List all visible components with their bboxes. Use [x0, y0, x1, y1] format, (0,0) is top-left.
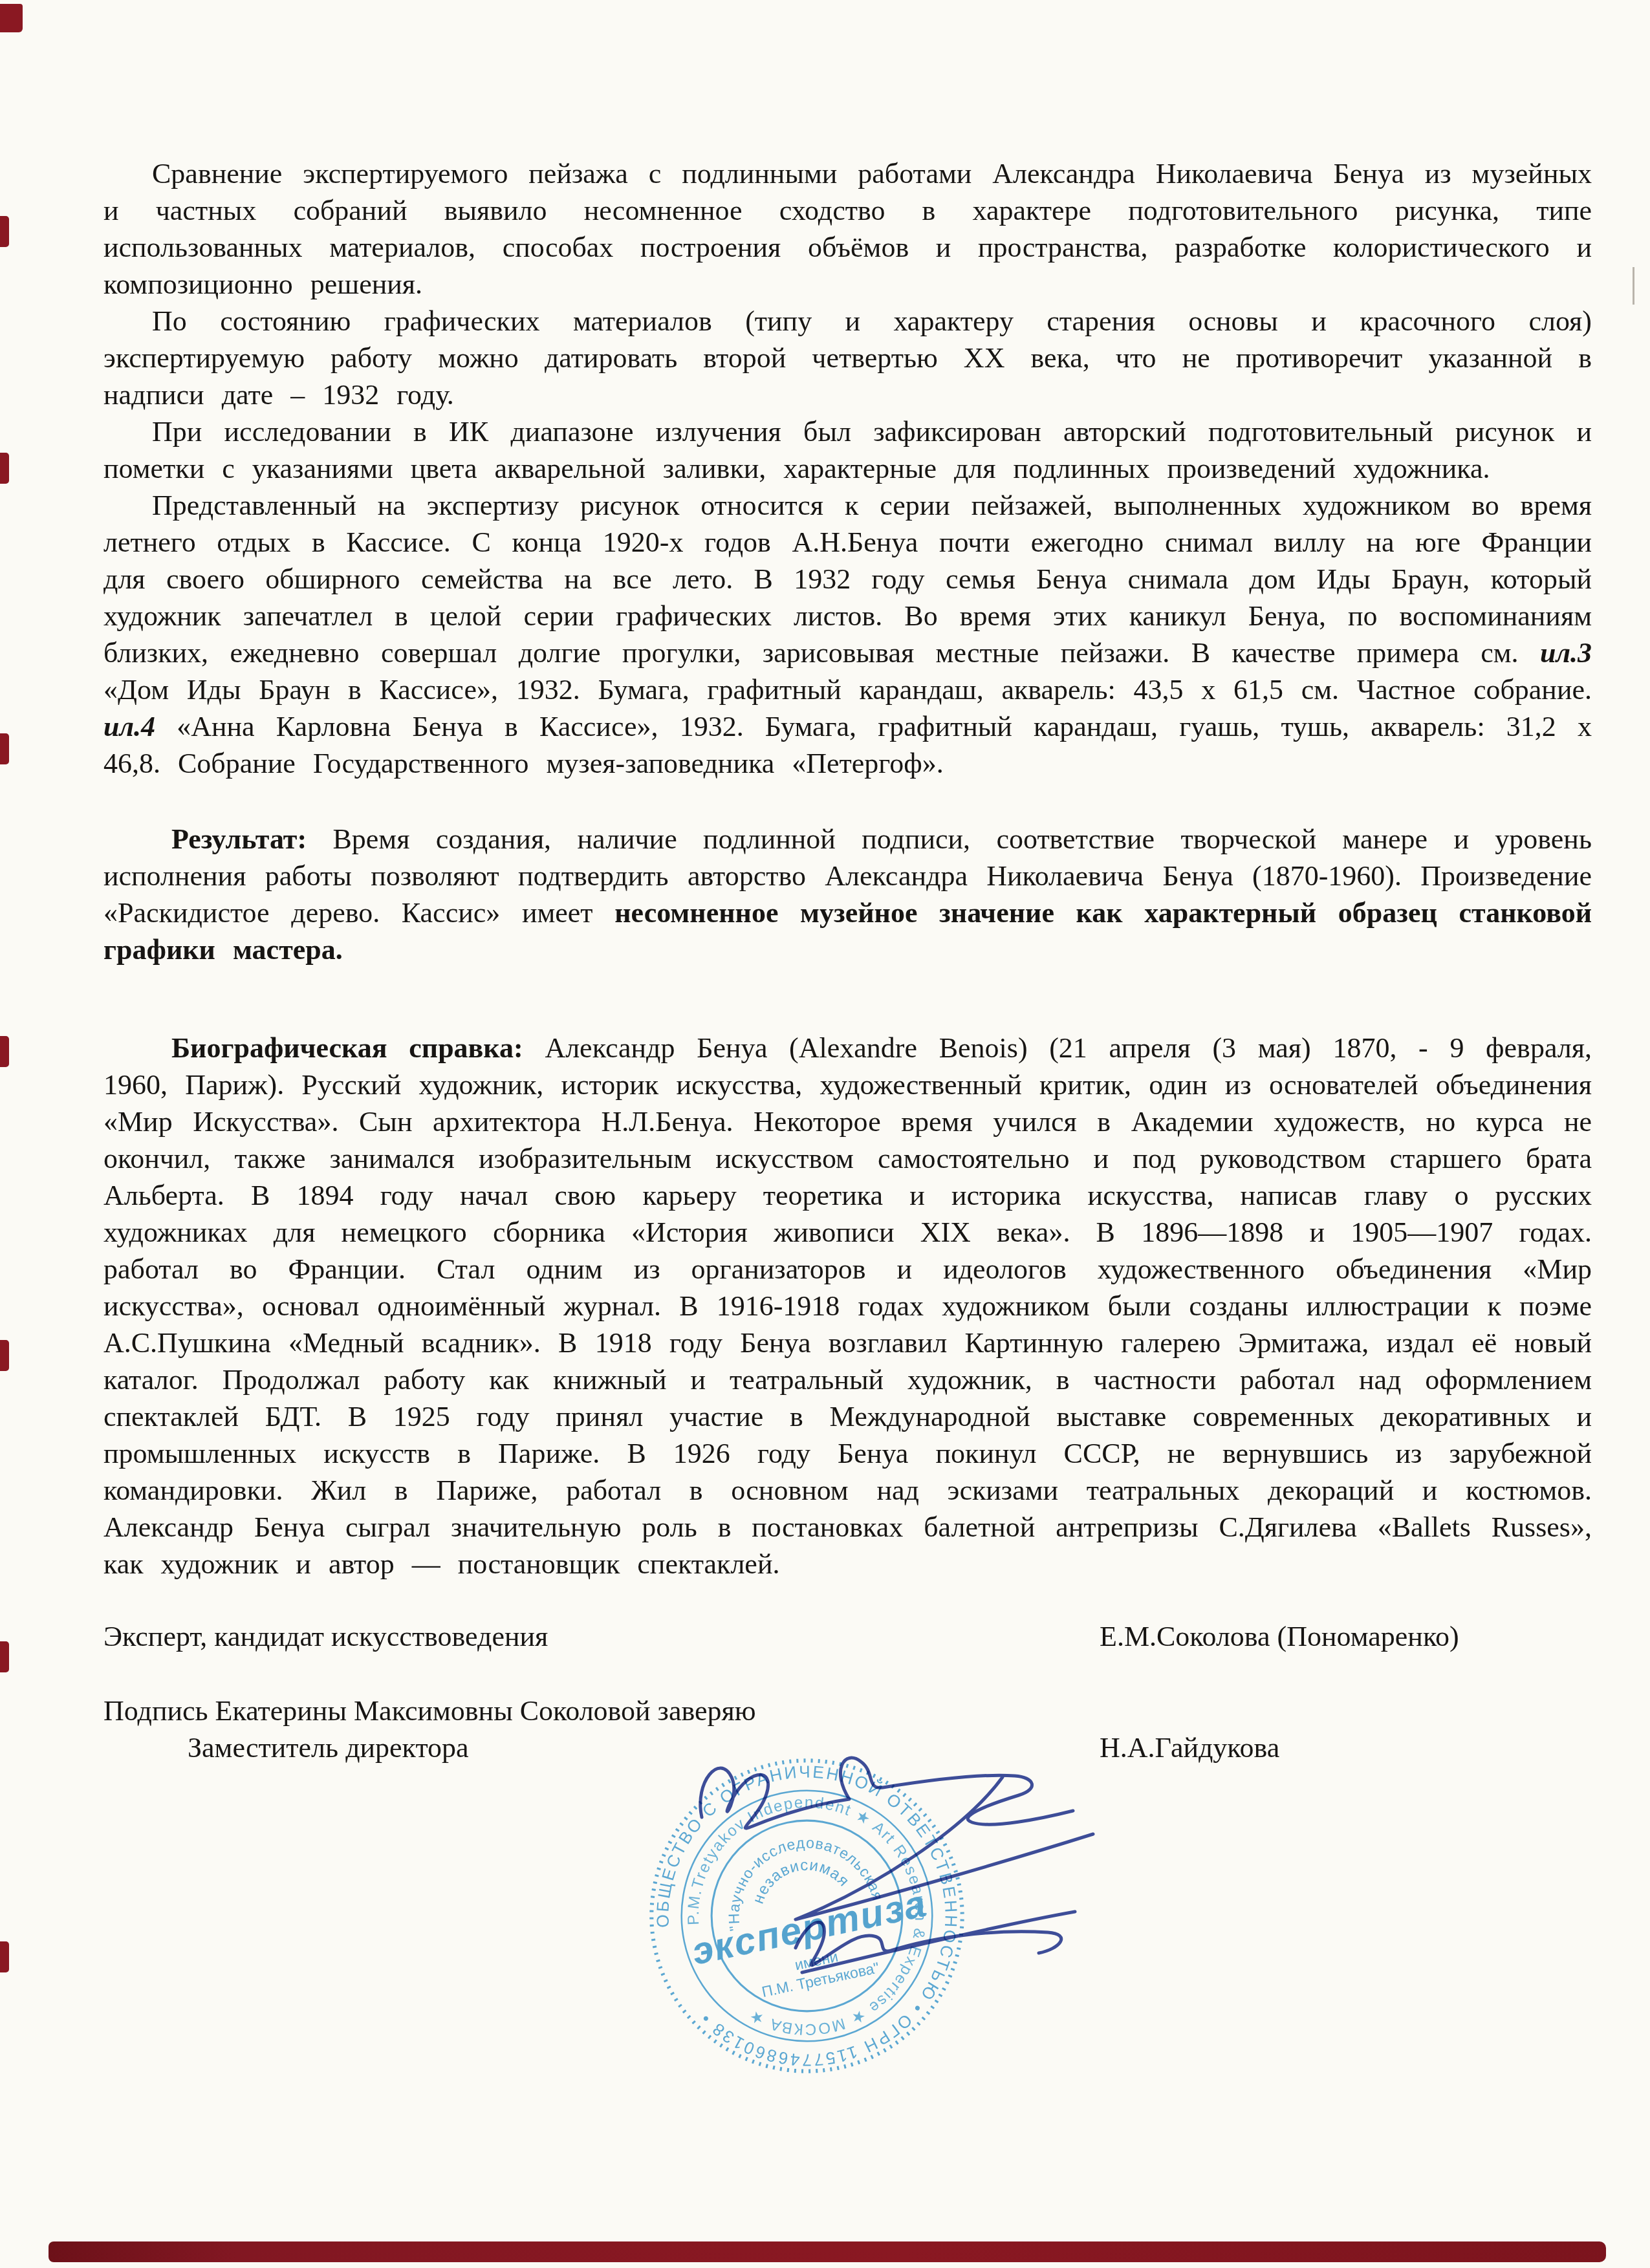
scan-artifact-tick-2 [0, 453, 9, 484]
paragraph-comparison: Сравнение экспертируемого пейзажа с подл… [103, 155, 1592, 303]
scan-artifact-tick-7 [0, 1941, 9, 1972]
paragraph-ik-analysis: При исследовании в ИК диапазоне излучени… [103, 413, 1592, 487]
scan-artifact-gray-line [1633, 267, 1634, 305]
series-text-c: «Анна Карловна Бенуа в Кассисе», 1932. Б… [103, 711, 1592, 779]
deputy-title: Заместитель директора [103, 1732, 469, 1764]
certify-statement: Подпись Екатерины Максимовны Соколовой з… [103, 1695, 756, 1727]
document-page: Сравнение экспертируемого пейзажа с подл… [0, 0, 1650, 2268]
paragraph-biography: Биографическая справка: Александр Бенуа … [103, 1030, 1592, 1582]
biography-label: Биографическая справка: [171, 1032, 523, 1064]
series-text-b: «Дом Иды Браун в Кассисе», 1932. Бумага,… [103, 674, 1592, 706]
scan-artifact-tick-4 [0, 1036, 9, 1067]
scan-artifact-tick-6 [0, 1641, 9, 1672]
scan-artifact-tick-3 [0, 733, 9, 764]
biography-text: Александр Бенуа (Alexandre Benois) (21 а… [103, 1032, 1592, 1580]
paragraph-dating: По состоянию графических материалов (тип… [103, 303, 1592, 413]
series-text-a: Представленный на экспертизу рисунок отн… [103, 490, 1592, 669]
scan-artifact-tick-1 [0, 216, 9, 247]
illustration-ref-3: ил.3 [1540, 637, 1592, 669]
deputy-signature-row: Заместитель директора Н.А.Гайдукова [103, 1729, 1592, 1766]
deputy-name: Н.А.Гайдукова [1100, 1729, 1279, 1766]
scanned-expertise-document: { "palette":{ "paper":"#fbfaf5", "ink":"… [0, 0, 1650, 2268]
paragraph-result: Результат: Время создания, наличие подли… [103, 821, 1592, 968]
result-label: Результат: [171, 823, 307, 855]
paragraph-series-context: Представленный на экспертизу рисунок отн… [103, 487, 1592, 782]
illustration-ref-4: ил.4 [103, 711, 155, 742]
scan-artifact-tick-5 [0, 1340, 9, 1371]
scan-artifact-bottom-band [49, 2241, 1606, 2262]
scan-artifact-corner [0, 4, 23, 32]
expert-signature-row: Эксперт, кандидат искусствоведения Е.М.С… [103, 1618, 1592, 1655]
expert-title: Эксперт, кандидат искусствоведения [103, 1621, 548, 1652]
expert-name: Е.М.Соколова (Пономаренко) [1100, 1618, 1459, 1655]
certify-row: Подпись Екатерины Максимовны Соколовой з… [103, 1692, 1592, 1729]
